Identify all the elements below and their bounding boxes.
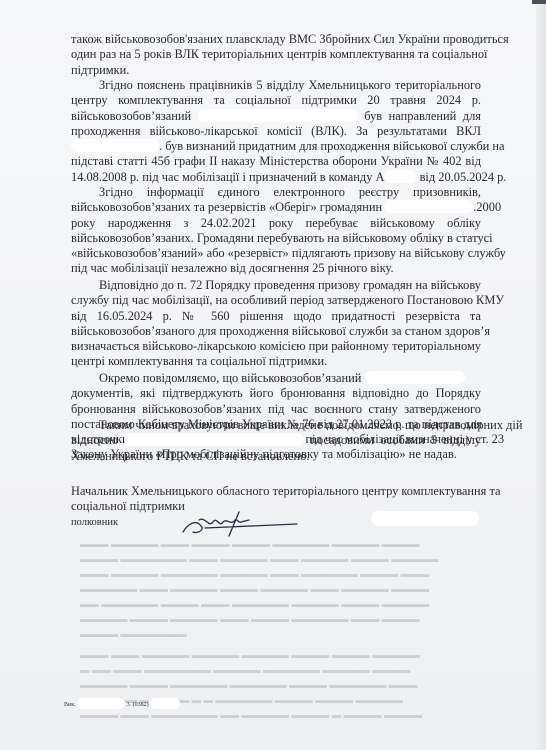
- text-line: центрі комплектування та соціальної підт…: [71, 354, 481, 369]
- redacted-name: [71, 139, 159, 152]
- text-fragment: посадовими особами 5 відділу: [310, 433, 481, 447]
- bleed-through-text: ▬▬▬ ▬▬▬▬▬ ▬▬▬ ▬▬▬▬ ▬▬▬▬ ▬▬▬▬▬▬ ▬▬▬▬▬ ▬▬▬…: [80, 538, 480, 724]
- phone-code: 3. (0382): [127, 702, 149, 708]
- text-line: також військовозобов'язаних плавскладу В…: [71, 32, 481, 47]
- redacted-phone: [150, 698, 180, 709]
- text-line: від 16.05.2024 р. № 560 рішення щодо при…: [71, 309, 481, 324]
- text-line: документів, які підтверджують його броню…: [71, 386, 481, 401]
- text-line: 14.08.2008 р. під час мобілізації і приз…: [71, 170, 481, 185]
- text-fragment: був направлений для: [364, 109, 481, 123]
- text-line: військовозобов’язаного для проходження в…: [71, 324, 481, 339]
- text-fragment: військовозобов’язаний: [71, 109, 191, 123]
- redacted-signatory-name: [371, 511, 479, 526]
- text-line: визначається військово-лікарською комісі…: [71, 339, 481, 354]
- text-line: службу під час мобілізації, на особливий…: [71, 293, 481, 308]
- executor-label: Вик.: [64, 702, 76, 708]
- text-line: підтримки.: [71, 63, 481, 78]
- text-line: . був визнаний придатним для проходження…: [71, 139, 481, 154]
- text-line: Згідно пояснень працівників 5 відділу Хм…: [71, 78, 481, 93]
- scanned-page: ▬▬▬ ▬▬▬▬▬ ▬▬▬ ▬▬▬▬ ▬▬▬▬ ▬▬▬▬▬▬ ▬▬▬▬▬ ▬▬▬…: [0, 0, 546, 750]
- text-line: Згідно інформації єдиного електронного р…: [71, 185, 481, 200]
- text-line: «військовозобов’язаний» або «резервіст» …: [71, 246, 481, 261]
- text-line: Окремо повідомляємо, що військовозобов’я…: [71, 371, 481, 386]
- text-line: військовозобов’язаних та резервістів «Об…: [71, 200, 481, 215]
- paragraph-procedure-72: Відповідно до п. 72 Порядку проведення п…: [71, 278, 481, 370]
- text-fragment: 14.08.2008 р. під час мобілізації і приз…: [71, 170, 384, 184]
- text-line: відносно посадовими особами 5 відділу: [71, 433, 481, 448]
- text-line: підставі статті 45б графи II наказу Міні…: [71, 154, 481, 169]
- text-line: проходження військово-лікарської комісії…: [71, 124, 481, 139]
- signatory-title: Начальник Хмельницького обласного терито…: [71, 484, 481, 499]
- redacted-team-number: [384, 170, 416, 183]
- text-line: року народження з 24.02.2021 року перебу…: [71, 216, 481, 231]
- text-line: бронювання військовозобов’язаних під час…: [71, 402, 481, 417]
- text-fragment: .2000: [473, 200, 501, 214]
- executor-footer: Вик. 3. (0382): [64, 698, 180, 709]
- text-line: під час мобілізації незалежно від досягн…: [71, 261, 481, 276]
- paragraph-oberig-registry: Згідно інформації єдиного електронного р…: [71, 185, 481, 277]
- text-line: військовозобов’язаних. Громадяни перебув…: [71, 231, 481, 246]
- text-line: Відповідно до п. 72 Порядку проведення п…: [71, 278, 481, 293]
- handwritten-signature: [179, 508, 299, 538]
- redacted-name: [198, 109, 358, 122]
- redacted-name: [365, 371, 465, 384]
- text-line: військовозобов’язаний був направлений дл…: [71, 109, 481, 124]
- paragraph-conclusion: Таким чином враховуючи вище викладене по…: [71, 418, 481, 464]
- text-line: Таким чином враховуючи вище викладене по…: [71, 418, 481, 433]
- text-fragment: військовозобов’язаних та резервістів «Об…: [71, 200, 382, 214]
- paragraph-intro: також військовозобов'язаних плавскладу В…: [71, 32, 481, 78]
- text-fragment: від 20.05.2024 р.: [420, 170, 507, 184]
- paragraph-vlk-referral: Згідно пояснень працівників 5 відділу Хм…: [71, 78, 481, 185]
- text-fragment: відносно: [71, 433, 118, 447]
- text-line: один раз на 5 років ВЛК територіальних ц…: [71, 47, 481, 62]
- text-line: центру комплектування та соціальної підт…: [71, 93, 481, 108]
- redacted-name: [385, 200, 473, 213]
- page-edge-shadow: [536, 0, 546, 750]
- scan-border-artifact: [532, 0, 546, 4]
- text-fragment: Окремо повідомляємо, що військовозобов’я…: [99, 371, 361, 385]
- redacted-name: [124, 433, 304, 446]
- text-line: Хмельницького РТЦК та СП не встановлено.: [71, 449, 481, 464]
- text-fragment: . був визнаний придатним для проходження…: [159, 139, 504, 153]
- redacted-executor-name: [77, 698, 125, 709]
